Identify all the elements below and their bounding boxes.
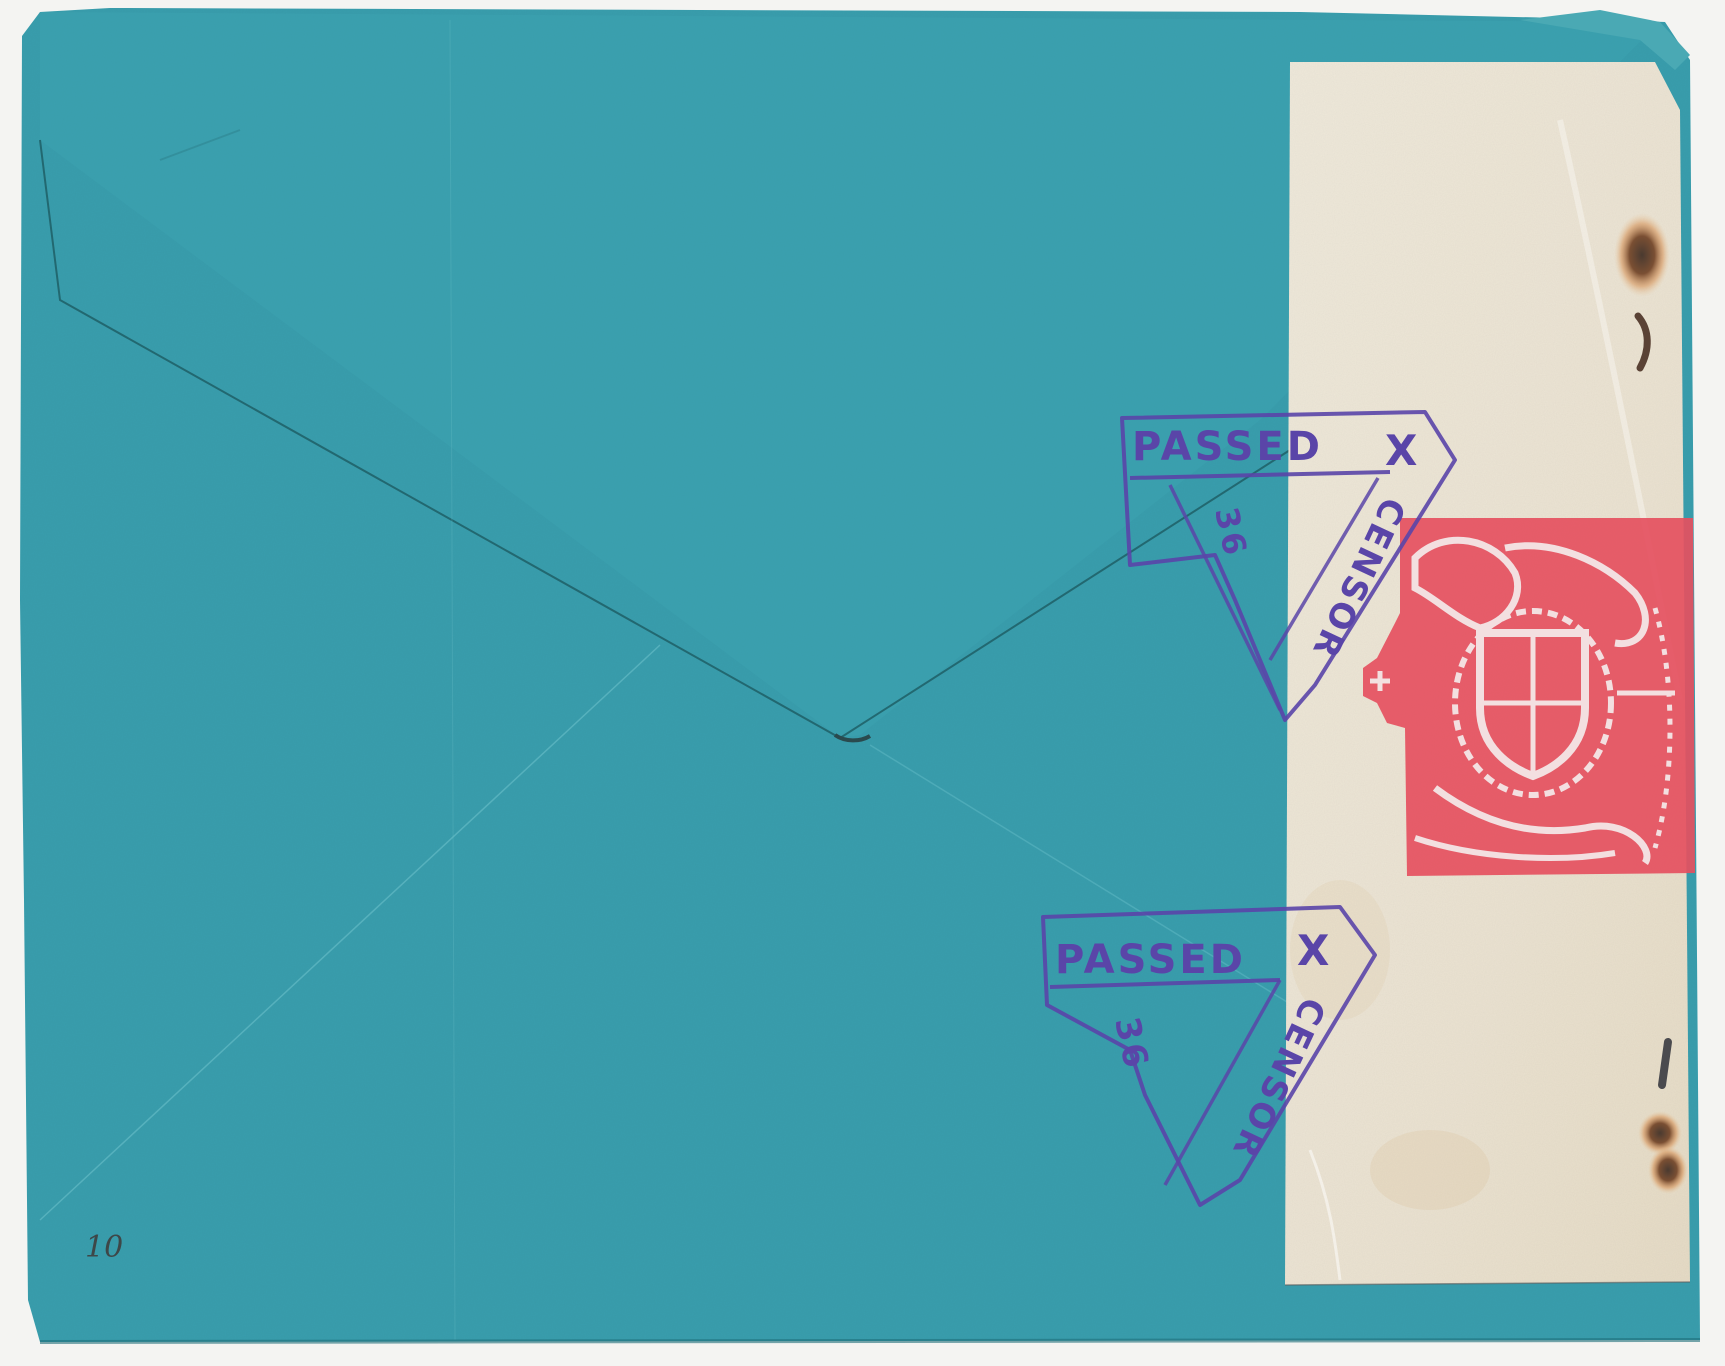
royal-arms-stamp — [1363, 518, 1695, 876]
censor-stamp-2-x: X — [1297, 926, 1332, 975]
censor-stamp-1-passed: PASSED — [1132, 424, 1323, 470]
censor-stamp-2-passed: PASSED — [1055, 937, 1246, 983]
envelope-scan: PASSED X 36 CENSOR PASSED X 36 CENSOR 10 — [0, 0, 1725, 1366]
censor-stamp-1-x: X — [1385, 426, 1420, 475]
pencil-note: 10 — [85, 1230, 123, 1265]
